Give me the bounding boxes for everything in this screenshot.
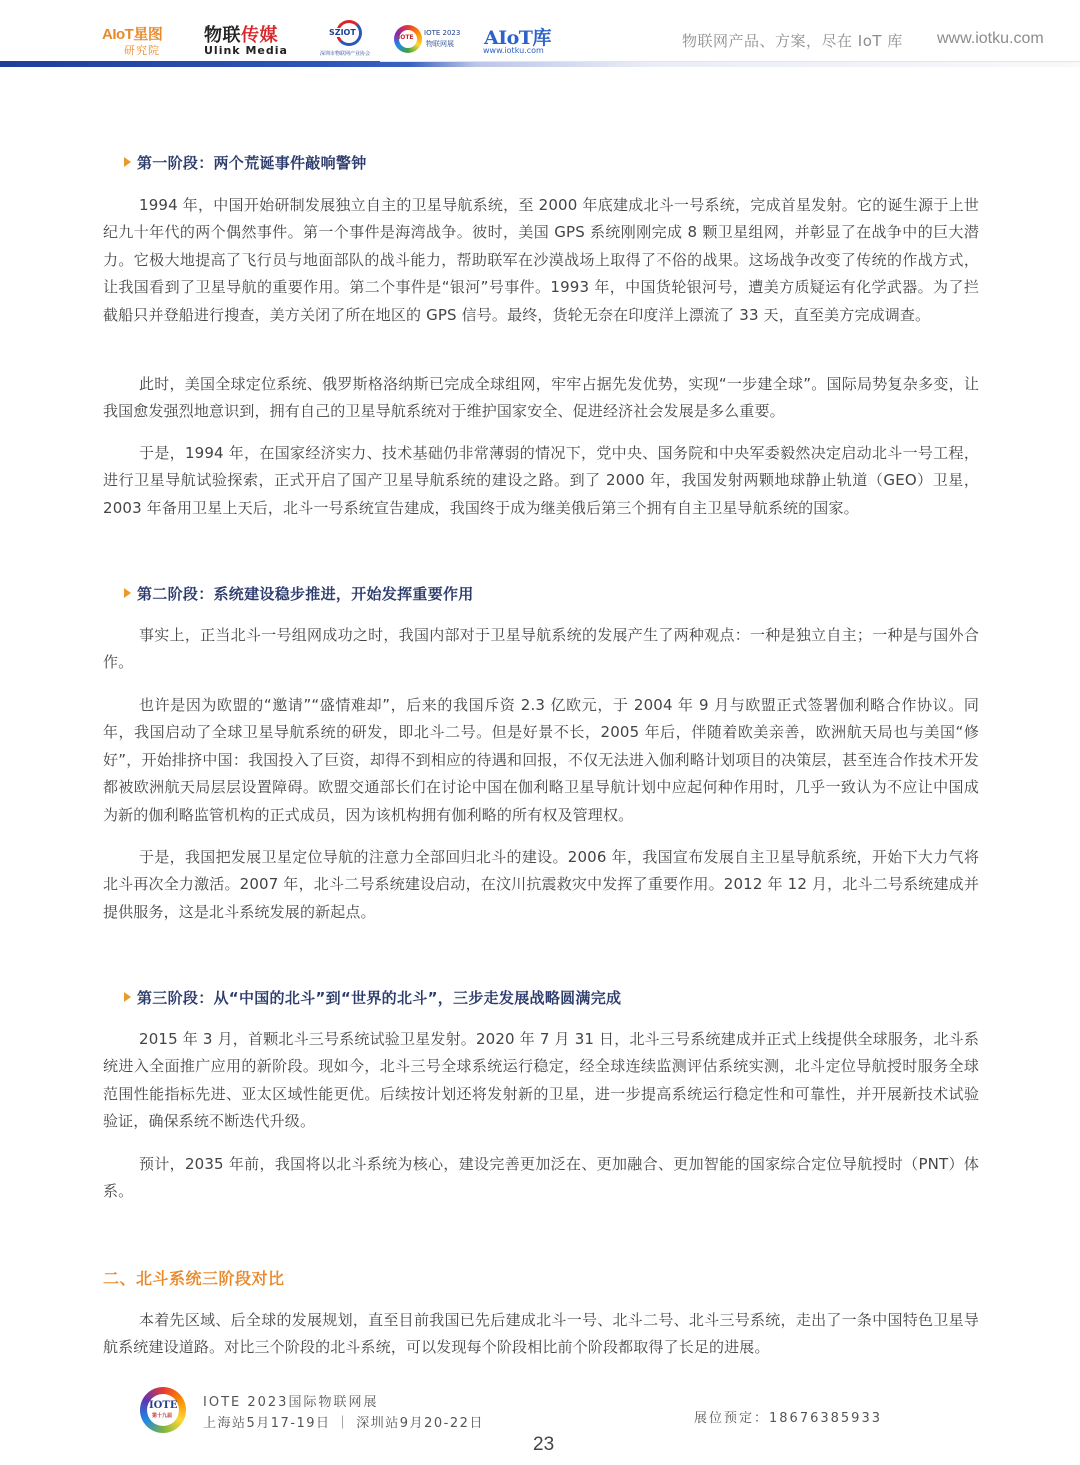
stage-3-heading: 第三阶段：从“中国的北斗”到“世界的北斗”，三步走发展战略圆满完成 xyxy=(124,987,621,1008)
sziot-logo-sub: 深圳市物联网产业协会 xyxy=(320,50,370,57)
stage-2-paragraph-3: 于是，我国把发展卫星定位导航的注意力全部回归北斗的建设。2006 年，我国宣布发… xyxy=(103,844,979,926)
footer-logo-badge: IOTE xyxy=(149,1400,177,1411)
header-site-url[interactable]: www.iotku.com xyxy=(937,30,1044,48)
iote-logo-line1: IOTE 2023 xyxy=(424,29,460,37)
stage-2-paragraph-2: 也许是因为欧盟的“邀请”“盛情难却”，后来的我国斥资 2.3 亿欧元，于 200… xyxy=(103,692,979,829)
stage-3-paragraph-1: 2015 年 3 月，首颗北斗三号系统试验卫星发射。2020 年 7 月 31 … xyxy=(103,1026,979,1136)
stage-3-paragraph-2: 预计，2035 年前，我国将以北斗系统为核心，建设完善更加泛在、更加融合、更加智… xyxy=(103,1151,979,1206)
stage-1-heading: 第一阶段：两个荒诞事件敲响警钟 xyxy=(124,152,367,173)
stage-2-paragraph-1: 事实上，正当北斗一号组网成功之时，我国内部对于卫星导航系统的发展产生了两种观点：… xyxy=(103,622,979,677)
ulink-media-logo-en: Ulink Media xyxy=(204,44,288,57)
iote-footer-logo: IOTE 第十九届 xyxy=(140,1387,186,1433)
stage-1-paragraph-2: 此时，美国全球定位系统、俄罗斯格洛纳斯已完成全球组网，牢牢占据先发优势，实现“一… xyxy=(103,371,979,426)
iote-badge-text: IOTE xyxy=(398,34,414,41)
triangle-bullet-icon xyxy=(124,588,131,598)
iotku-logo-url: www.iotku.com xyxy=(483,46,544,55)
sziot-logo: SZIOT 深圳市物联网产业协会 xyxy=(320,20,378,60)
iote-logo: IOTE IOTE 2023 物联网展 xyxy=(392,21,464,59)
footer-expo-title: IOTE 2023国际物联网展 xyxy=(203,1391,378,1410)
page-header: AIoT星图 研究院 物联传媒 Ulink Media SZIOT 深圳市物联网… xyxy=(0,0,1080,72)
iotku-logo: AIoT库 www.iotku.com xyxy=(482,21,552,59)
iote-logo-line2: 物联网展 xyxy=(426,39,454,49)
triangle-bullet-icon xyxy=(124,157,131,167)
page-number: 23 xyxy=(533,1434,554,1456)
footer-expo-dates: 上海站5月17-19日 ｜ 深圳站9月20-22日 xyxy=(203,1412,484,1431)
triangle-bullet-icon xyxy=(124,992,131,1002)
section-2-paragraph: 本着先区域、后全球的发展规划，直至目前我国已先后建成北斗一号、北斗二号、北斗三号… xyxy=(103,1307,979,1362)
stage-2-heading: 第二阶段：系统建设稳步推进，开始发挥重要作用 xyxy=(124,583,474,604)
aiot-research-logo: AIoT星图 研究院 xyxy=(100,21,180,59)
ulink-media-logo: 物联传媒 Ulink Media xyxy=(202,21,292,59)
header-divider-thin xyxy=(380,61,1080,62)
aiot-research-logo-sub: 研究院 xyxy=(124,42,160,58)
sziot-logo-name: SZIOT xyxy=(328,28,357,37)
partner-logos: AIoT星图 研究院 物联传媒 Ulink Media SZIOT 深圳市物联网… xyxy=(100,20,552,60)
header-slogan: 物联网产品、方案，尽在 IoT 库 xyxy=(682,30,903,51)
aiot-research-logo-name: AIoT星图 xyxy=(102,23,162,44)
stage-1-paragraph-3: 于是，1994 年，在国家经济实力、技术基础仍非常薄弱的情况下，党中央、国务院和… xyxy=(103,440,979,522)
footer-logo-sub: 第十九届 xyxy=(152,1412,172,1419)
stage-1-paragraph-1: 1994 年，中国开始研制发展独立自主的卫星导航系统，至 2000 年底建成北斗… xyxy=(103,192,979,329)
section-2-title: 二、北斗系统三阶段对比 xyxy=(103,1266,285,1289)
footer-booth-booking: 展位预定：18676385933 xyxy=(694,1407,882,1426)
